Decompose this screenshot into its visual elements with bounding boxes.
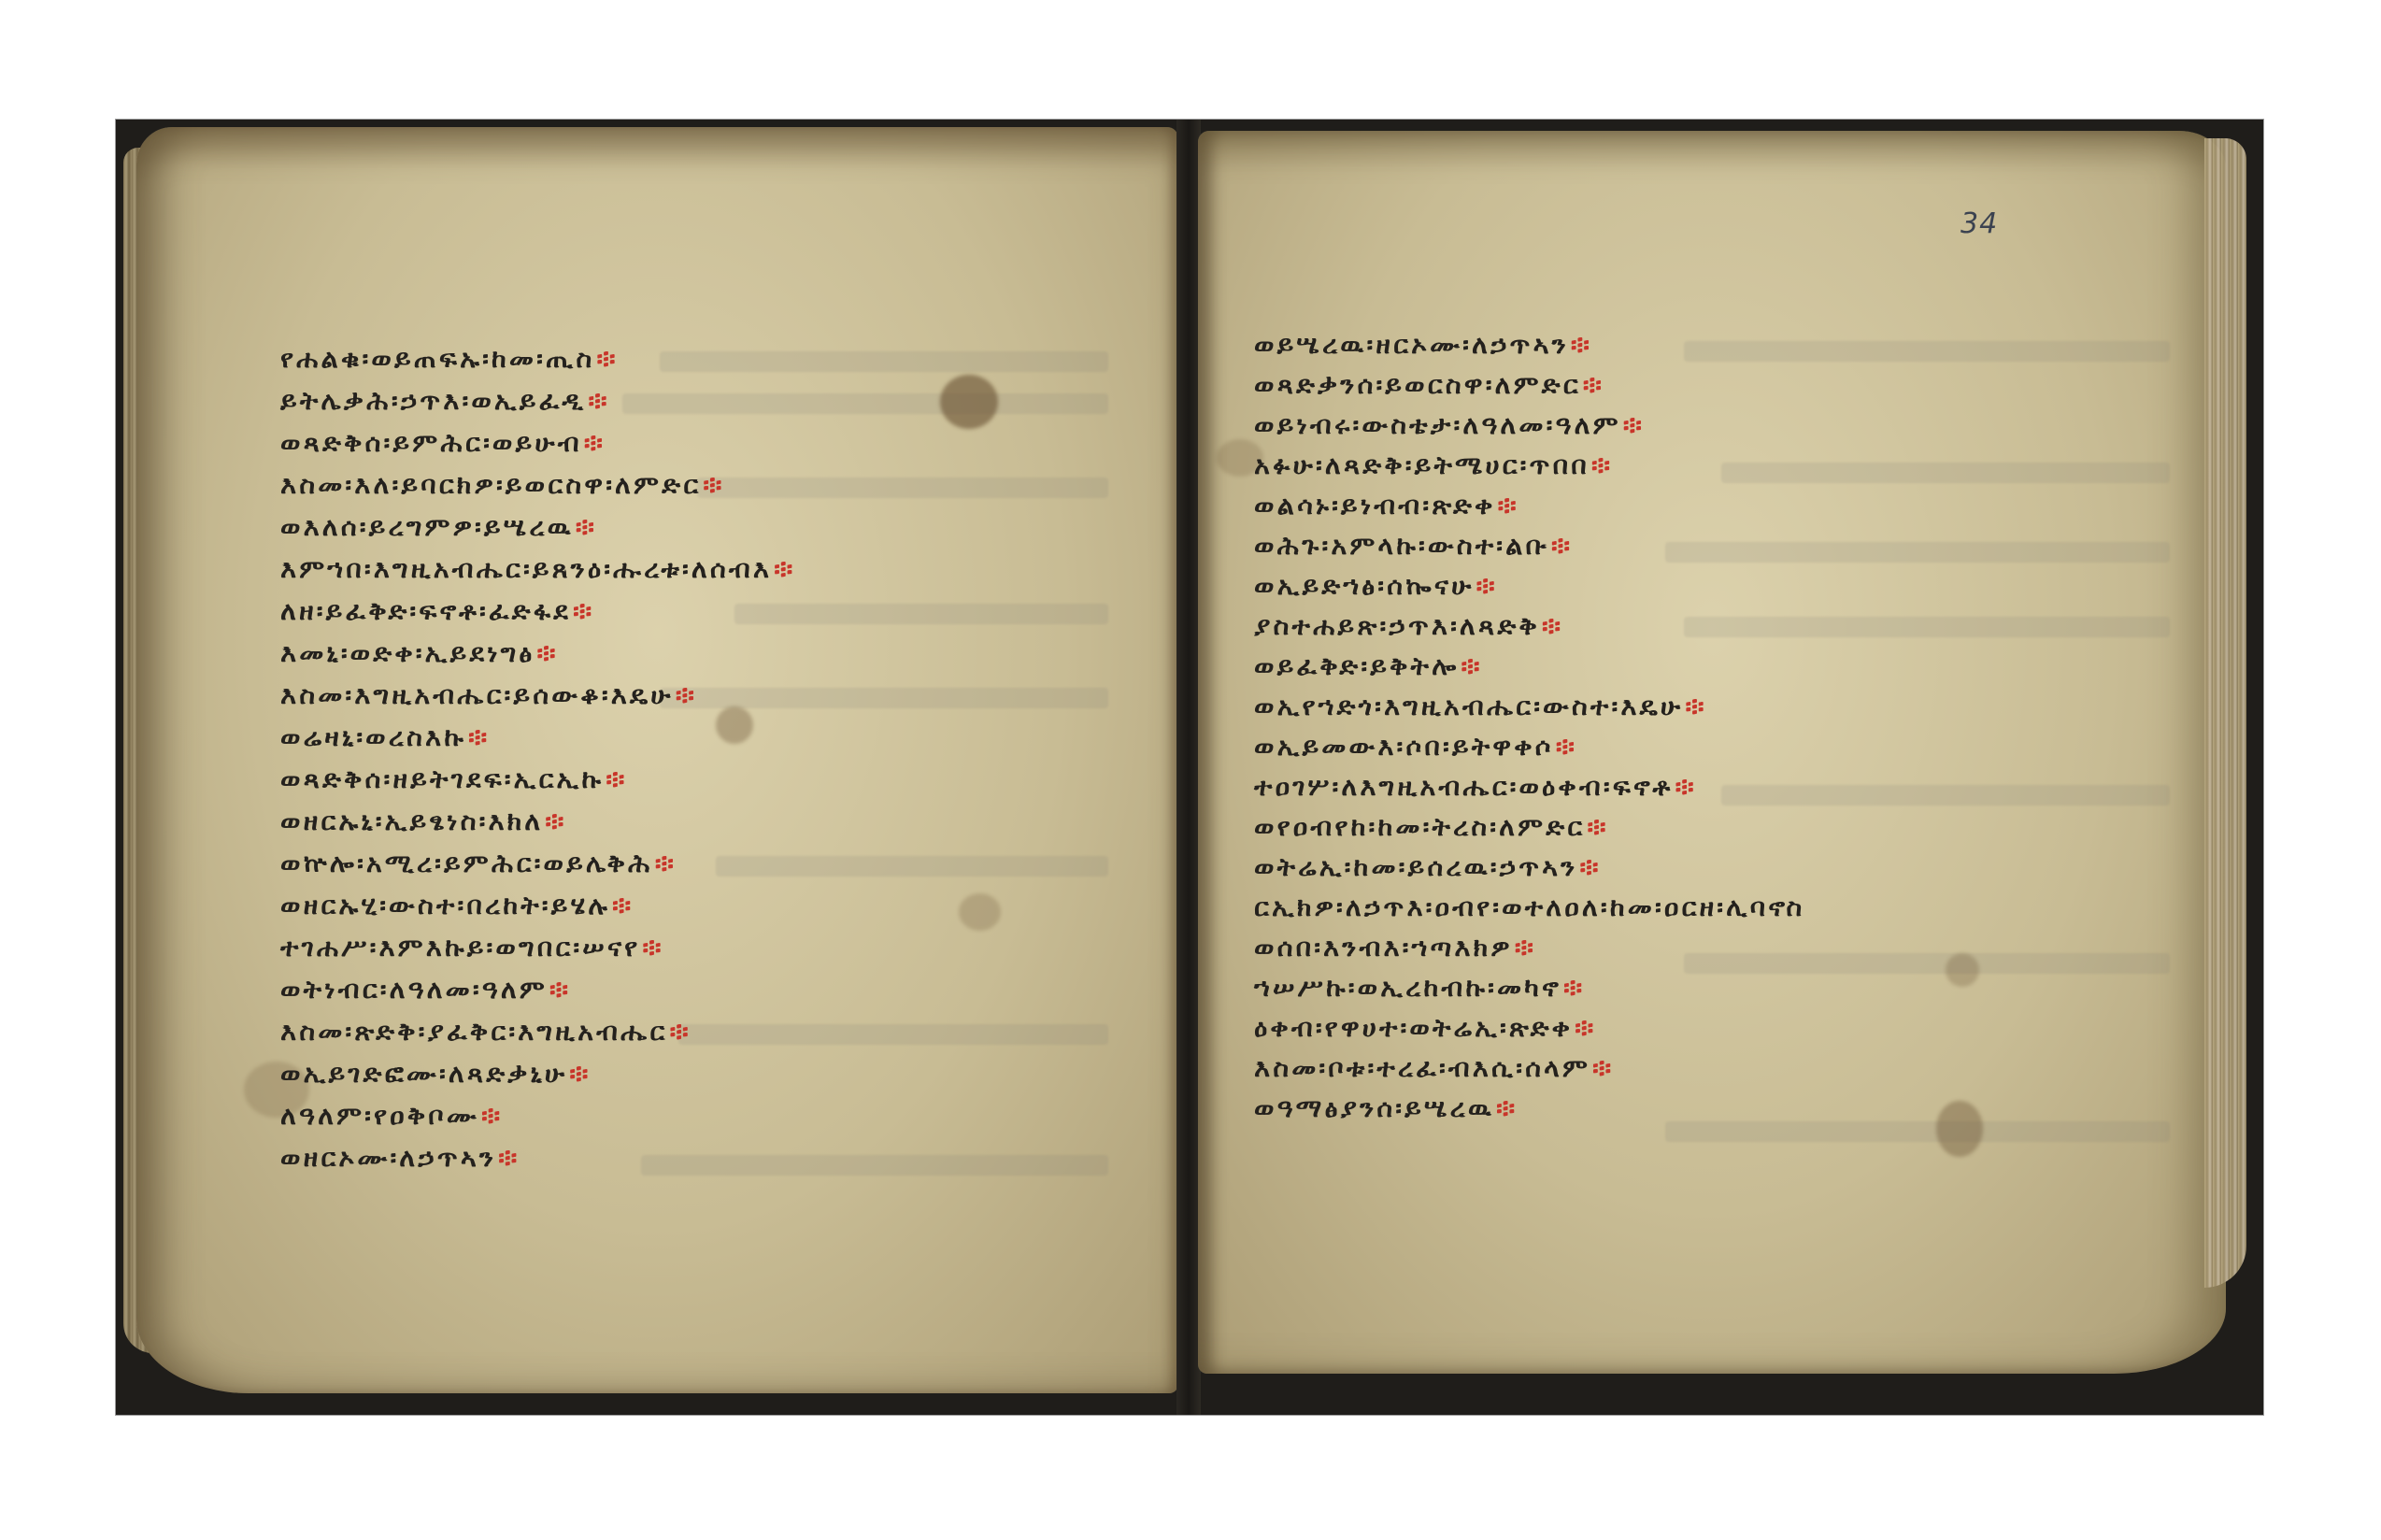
rubric-section-mark-icon: ፨: [1591, 450, 1613, 479]
rubric-section-mark-icon: ፨: [536, 638, 558, 667]
line-text: ወልሳኑ፡ይነብብ፡ጽድቀ: [1254, 491, 1496, 520]
text-line: እስመ፡ቦቱ፡ተረፈ፡ብእሲ፡ሰላም፨: [1254, 1053, 1614, 1083]
text-line: ወኢይገድፎሙ፡ለጻድቃኒሁ፨: [280, 1059, 592, 1089]
line-text: ወሕጉ፡አምላኩ፡ውስተ፡ልቡ: [1254, 531, 1549, 560]
text-line: እመኒ፡ወድቀ፡ኢይደነግፅ፨: [280, 638, 559, 668]
rubric-section-mark-icon: ፨: [573, 596, 594, 625]
text-line: ወይሤረዉ፡ዘርኦሙ፡ለኃጥኣን፨: [1254, 330, 1592, 360]
text-line: ተገሐሥ፡እምእኩይ፡ወግበር፡ሠናየ፨: [280, 933, 664, 962]
text-line: ወጻድቅሰ፡ይምሕር፡ወይሁብ፨: [280, 428, 606, 458]
line-text: ኀሠሥኩ፡ወኢረከብኩ፡መካኖ: [1254, 973, 1561, 1002]
text-line: እስመ፡ጽድቅ፡ያፈቅር፡እግዚአብሔር፨: [280, 1017, 691, 1047]
rubric-section-mark-icon: ፨: [1685, 692, 1706, 720]
line-text: ወኢየኀድጎ፡እግዚአብሔር፡ውስተ፡እዴሁ: [1254, 692, 1683, 720]
text-line: ለዓለም፡የዐቅቦሙ፨: [280, 1101, 503, 1131]
bleed-through: [678, 1024, 1108, 1045]
rubric-section-mark-icon: ፨: [549, 975, 571, 1004]
line-text: ለዘ፡ይፈቅድ፡ፍኖቶ፡ፈድፋደ: [280, 596, 571, 625]
text-line: እምኀበ፡እግዚአብሔር፡ይጸንዕ፡ሑረቱ፡ለሰብእ፨: [280, 554, 795, 584]
rubric-section-mark-icon: ፨: [1583, 370, 1604, 399]
line-text: ወይሤረዉ፡ዘርኦሙ፡ለኃጥኣን: [1254, 330, 1569, 359]
bleed-through: [1684, 617, 2170, 637]
rubric-section-mark-icon: ፨: [1556, 732, 1577, 761]
line-text: ወዓማፅያንሰ፡ይሤረዉ: [1254, 1093, 1494, 1122]
rubric-section-mark-icon: ፨: [612, 891, 634, 920]
rubric-section-mark-icon: ፨: [1575, 1013, 1596, 1042]
rubric-section-mark-icon: ፨: [669, 1017, 691, 1046]
bleed-through: [622, 393, 1108, 414]
rubric-section-mark-icon: ፨: [1542, 611, 1563, 640]
line-text: እስመ፡ቦቱ፡ተረፈ፡ብእሲ፡ሰላም: [1254, 1053, 1590, 1082]
stain: [959, 893, 1001, 931]
text-line: ወዘርኡኒ፡ኢይፄነስ፡እክለ፨: [280, 806, 567, 836]
bleed-through: [641, 1155, 1108, 1176]
rubric-section-mark-icon: ፨: [1623, 410, 1645, 439]
text-line: ይትሌቃሕ፡ኃጥእ፡ወኢይፈዲ፨: [280, 386, 610, 416]
rubric-section-mark-icon: ፨: [584, 428, 606, 457]
line-text: እምኀበ፡እግዚአብሔር፡ይጸንዕ፡ሑረቱ፡ለሰብእ: [280, 554, 772, 583]
line-text: ወጻድቃንሰ፡ይወርስዋ፡ለምድር: [1254, 370, 1581, 399]
text-line: እስመ፡እግዚአብሔር፡ይሰውቆ፡እዴሁ፨: [280, 680, 697, 710]
line-text: ተገሐሥ፡እምእኩይ፡ወግበር፡ሠናየ: [280, 933, 640, 962]
text-line: ወዘርኦሙ፡ለኃጥኣን፨: [280, 1143, 520, 1173]
text-line: ወኢየኀድጎ፡እግዚአብሔር፡ውስተ፡እዴሁ፨: [1254, 692, 1707, 721]
line-text: ወጻድቅሰ፡ዘይትገደፍ፡ኢርኢኩ: [280, 764, 604, 793]
rubric-section-mark-icon: ፨: [1563, 973, 1585, 1002]
rubric-section-mark-icon: ፨: [1571, 330, 1592, 359]
rubric-section-mark-icon: ፨: [468, 722, 490, 751]
rubric-section-mark-icon: ፨: [1461, 651, 1482, 680]
line-text: ወዘርኡሂ፡ውስተ፡በረከት፡ይሄሉ: [280, 891, 610, 920]
line-text: ወትነብር፡ለዓለመ፡ዓለም: [280, 975, 548, 1004]
rubric-section-mark-icon: ፨: [576, 512, 597, 541]
bleed-through: [734, 604, 1108, 624]
rubric-section-mark-icon: ፨: [1579, 852, 1601, 881]
line-text: ያስተሐይጽ፡ኃጥእ፡ለጻድቅ: [1254, 611, 1540, 640]
line-text: ወጻድቅሰ፡ይምሕር፡ወይሁብ: [280, 428, 582, 457]
line-text: ወዘርኡኒ፡ኢይፄነስ፡እክለ: [280, 806, 543, 835]
text-line: ወጻድቅሰ፡ዘይትገደፍ፡ኢርኢኩ፨: [280, 764, 628, 794]
rubric-section-mark-icon: ፨: [774, 554, 795, 583]
line-text: ይትሌቃሕ፡ኃጥእ፡ወኢይፈዲ: [280, 386, 586, 415]
stain: [1936, 1101, 1983, 1157]
text-line: ዕቀብ፡የዋሀተ፡ወትሬኢ፡ጽድቀ፨: [1254, 1013, 1597, 1043]
rubric-section-mark-icon: ፨: [703, 470, 724, 499]
rubric-section-mark-icon: ፨: [1496, 1093, 1518, 1122]
text-line: ወጻድቃንሰ፡ይወርስዋ፡ለምድር፨: [1254, 370, 1604, 400]
rubric-section-mark-icon: ፨: [1476, 571, 1498, 600]
line-text: ወትሬኢ፡ከመ፡ይሰረዉ፡ኃጥኣን: [1254, 852, 1577, 881]
text-line: አፉሁ፡ለጻድቅ፡ይትሜሀር፡ጥበበ፨: [1254, 450, 1613, 480]
line-text: ርኢክዎ፡ለኃጥእ፡ዐብየ፡ወተለዐለ፡ከመ፡ዐርዘ፡ሊባኖስ: [1254, 892, 1804, 921]
text-line: እስመ፡እለ፡ይባርክዎ፡ይወርስዋ፡ለምድር፨: [280, 470, 725, 500]
text-line: ወዘርኡሂ፡ውስተ፡በረከት፡ይሄሉ፨: [280, 891, 634, 920]
text-line: ወሰበ፡እንብእ፡ኀጣእክዎ፨: [1254, 933, 1536, 962]
line-text: ወየዐብየከ፡ከመ፡ትረስ፡ለምድር: [1254, 812, 1585, 841]
line-text: አፉሁ፡ለጻድቅ፡ይትሜሀር፡ጥበበ: [1254, 450, 1590, 479]
line-text: እስመ፡እለ፡ይባርክዎ፡ይወርስዋ፡ለምድር: [280, 470, 701, 499]
line-text: እስመ፡ጽድቅ፡ያፈቅር፡እግዚአብሔር: [280, 1017, 667, 1046]
text-line: ርኢክዎ፡ለኃጥእ፡ዐብየ፡ወተለዐለ፡ከመ፡ዐርዘ፡ሊባኖስ: [1254, 892, 1804, 922]
rubric-section-mark-icon: ፨: [642, 933, 663, 962]
bleed-through: [716, 856, 1108, 877]
bleed-through: [1665, 542, 2170, 563]
text-line: ለዘ፡ይፈቅድ፡ፍኖቶ፡ፈድፋደ፨: [280, 596, 594, 626]
rubric-section-mark-icon: ፨: [676, 680, 697, 709]
rubric-section-mark-icon: ፨: [569, 1059, 591, 1088]
stain: [1946, 953, 1979, 987]
bleed-through: [1684, 953, 2170, 974]
stain: [940, 375, 998, 429]
line-text: የሐልቁ፡ወይጠፍኡ፡ከመ፡ጢስ: [280, 344, 594, 373]
rubric-section-mark-icon: ፨: [596, 344, 618, 373]
rubric-section-mark-icon: ፨: [588, 386, 609, 415]
text-line: ወሬዛኒ፡ወረስእኩ፨: [280, 722, 490, 752]
bleed-through: [1684, 341, 2170, 362]
bleed-through: [660, 351, 1108, 372]
rubric-section-mark-icon: ፨: [1551, 531, 1573, 560]
rubric-section-mark-icon: ፨: [481, 1101, 503, 1130]
line-text: ወይፈቅድ፡ይቅትሎ: [1254, 651, 1459, 680]
line-text: ወኢይድኀፅ፡ሰኰናሁ: [1254, 571, 1475, 600]
text-line: ኀሠሥኩ፡ወኢረከብኩ፡መካኖ፨: [1254, 973, 1585, 1003]
line-text: ወሰበ፡እንብእ፡ኀጣእክዎ: [1254, 933, 1513, 962]
rubric-section-mark-icon: ፨: [1515, 933, 1536, 962]
text-line: ወኢይመውእ፡ሶበ፡ይትዋቀሶ፨: [1254, 732, 1577, 762]
rubric-section-mark-icon: ፨: [498, 1143, 520, 1172]
rubric-section-mark-icon: ፨: [1587, 812, 1608, 841]
text-line: ወእለሰ፡ይረግምዎ፡ይሤረዉ፨: [280, 512, 597, 542]
stain: [716, 706, 753, 744]
text-line: ወልሳኑ፡ይነብብ፡ጽድቀ፨: [1254, 491, 1519, 520]
bleed-through: [1665, 1121, 2170, 1142]
line-text: ወእለሰ፡ይረግምዎ፡ይሤረዉ: [280, 512, 574, 541]
text-line: የሐልቁ፡ወይጠፍኡ፡ከመ፡ጢስ፨: [280, 344, 619, 374]
rubric-section-mark-icon: ፨: [1675, 772, 1696, 801]
text-line: ወትሬኢ፡ከመ፡ይሰረዉ፡ኃጥኣን፨: [1254, 852, 1602, 882]
bleed-through: [1721, 463, 2170, 483]
rubric-section-mark-icon: ፨: [655, 848, 677, 877]
line-text: ለዓለም፡የዐቅቦሙ: [280, 1101, 479, 1130]
text-line: ወየዐብየከ፡ከመ፡ትረስ፡ለምድር፨: [1254, 812, 1609, 842]
line-text: ወኢይመውእ፡ሶበ፡ይትዋቀሶ: [1254, 732, 1554, 761]
text-line: ተዐገሦ፡ለእግዚአብሔር፡ወዕቀብ፡ፍኖቶ፨: [1254, 772, 1697, 802]
text-line: ወትነብር፡ለዓለመ፡ዓለም፨: [280, 975, 571, 1005]
line-text: ዕቀብ፡የዋሀተ፡ወትሬኢ፡ጽድቀ: [1254, 1013, 1573, 1042]
rubric-section-mark-icon: ፨: [545, 806, 566, 835]
rubric-section-mark-icon: ፨: [1498, 491, 1519, 520]
line-text: ተዐገሦ፡ለእግዚአብሔር፡ወዕቀብ፡ፍኖቶ: [1254, 772, 1673, 801]
bleed-through: [1721, 785, 2170, 806]
text-line: ያስተሐይጽ፡ኃጥእ፡ለጻድቅ፨: [1254, 611, 1563, 641]
text-line: ወኢይድኀፅ፡ሰኰናሁ፨: [1254, 571, 1498, 601]
bleed-through: [697, 478, 1108, 498]
line-text: ወይነብሩ፡ውስቴታ፡ለዓለመ፡ዓለም: [1254, 410, 1621, 439]
text-line: ወይፈቅድ፡ይቅትሎ፨: [1254, 651, 1483, 681]
line-text: ወኢይገድፎሙ፡ለጻድቃኒሁ: [280, 1059, 567, 1088]
page-number: 34: [1960, 207, 1998, 240]
rubric-section-mark-icon: ፨: [1592, 1053, 1614, 1082]
line-text: ወዘርኦሙ፡ለኃጥኣን: [280, 1143, 496, 1172]
line-text: እመኒ፡ወድቀ፡ኢይደነግፅ: [280, 638, 535, 667]
text-line: ወኵሎ፡አሚረ፡ይምሕር፡ወይሌቅሕ፨: [280, 848, 677, 878]
text-line: ወይነብሩ፡ውስቴታ፡ለዓለመ፡ዓለም፨: [1254, 410, 1645, 440]
line-text: ወኵሎ፡አሚረ፡ይምሕር፡ወይሌቅሕ: [280, 848, 653, 877]
rubric-section-mark-icon: ፨: [606, 764, 627, 793]
line-text: እስመ፡እግዚአብሔር፡ይሰውቆ፡እዴሁ: [280, 680, 674, 709]
right-page-edges: [2204, 138, 2246, 1288]
bleed-through: [660, 688, 1108, 708]
text-line: ወዓማፅያንሰ፡ይሤረዉ፨: [1254, 1093, 1518, 1123]
line-text: ወሬዛኒ፡ወረስእኩ: [280, 722, 466, 751]
text-line: ወሕጉ፡አምላኩ፡ውስተ፡ልቡ፨: [1254, 531, 1573, 561]
left-page: [136, 127, 1178, 1393]
